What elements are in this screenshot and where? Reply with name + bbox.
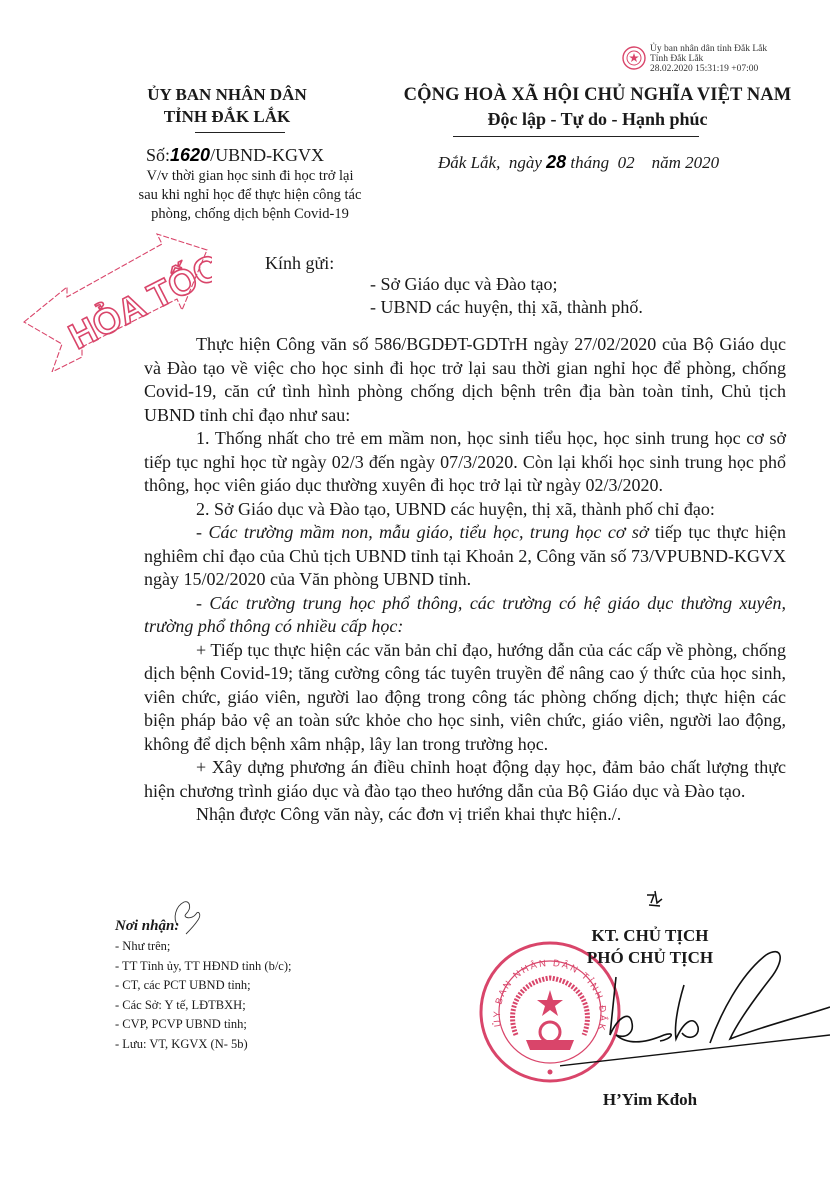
point-2a: - Các trường mầm non, mẫu giáo, tiểu học… [144,521,786,592]
recipient-item: - UBND các huyện, thị xã, thành phố. [370,296,643,318]
point-2b: - Các trường trung học phổ thông, các tr… [144,592,786,639]
point-2b-2: + Xây dựng phương án điều chỉnh hoạt độn… [144,756,786,803]
greeting: Kính gửi: [265,252,334,274]
issuer-province: TỈNH ĐẮK LẮK [112,106,342,128]
document-date: Đắk Lắk, ngày 28 tháng 02 năm 2020 [438,151,719,174]
national-motto: Độc lập - Tự do - Hạnh phúc [395,108,800,130]
distribution-item: - Như trên; [115,937,292,957]
distribution-item: - Các Sở: Y tế, LĐTBXH; [115,996,292,1016]
distribution-item: - Lưu: VT, KGVX (N- 5b) [115,1035,292,1055]
point-2b-1: + Tiếp tục thực hiện các văn bản chỉ đạo… [144,639,786,757]
point-2: 2. Sở Giáo dục và Đào tạo, UBND các huyệ… [144,498,786,522]
document-number: Số:1620/UBND-KGVX [146,144,324,166]
recipient-item: - Sở Giáo dục và Đào tạo; [370,273,557,295]
distribution-item: - CVP, PCVP UBND tỉnh; [115,1015,292,1035]
digital-signature-block: Ủy ban nhân dân tỉnh Đắk Lắk Tỉnh Đắk Lắ… [622,44,822,78]
closing-paragraph: Nhận được Công văn này, các đơn vị triển… [144,803,786,827]
distribution-list: - Như trên; - TT Tỉnh ủy, TT HĐND tỉnh (… [115,937,292,1055]
header-divider-left [195,132,285,133]
signature-location: Tỉnh Đắk Lắk [650,54,767,64]
document-body: Thực hiện Công văn số 586/BGDĐT-GDTrH ng… [144,333,786,827]
distribution-item: - CT, các PCT UBND tỉnh; [115,976,292,996]
distribution-item: - TT Tỉnh ủy, TT HĐND tỉnh (b/c); [115,957,292,977]
document-subject: V/v thời gian học sinh đi học trở lại sa… [120,167,380,224]
point-1: 1. Thống nhất cho trẻ em mầm non, học si… [144,427,786,498]
handwritten-signature [560,935,830,1075]
initial-mark-icon [646,889,664,909]
signature-timestamp: 28.02.2020 15:31:19 +07:00 [650,64,767,74]
issuer-name: ỦY BAN NHÂN DÂN [112,84,342,106]
signature-org: Ủy ban nhân dân tỉnh Đắk Lắk [650,44,767,54]
signer-name: H’Yim Kđoh [555,1089,745,1111]
distribution-title: Nơi nhận: [115,916,179,936]
national-title: CỘNG HOÀ XÃ HỘI CHỦ NGHĨA VIỆT NAM [395,84,800,106]
handwritten-day: 28 [546,152,566,172]
intro-paragraph: Thực hiện Công văn số 586/BGDĐT-GDTrH ng… [144,333,786,427]
header-divider-right [453,136,699,137]
seal-icon [622,46,646,70]
handwritten-number: 1620 [170,145,210,165]
